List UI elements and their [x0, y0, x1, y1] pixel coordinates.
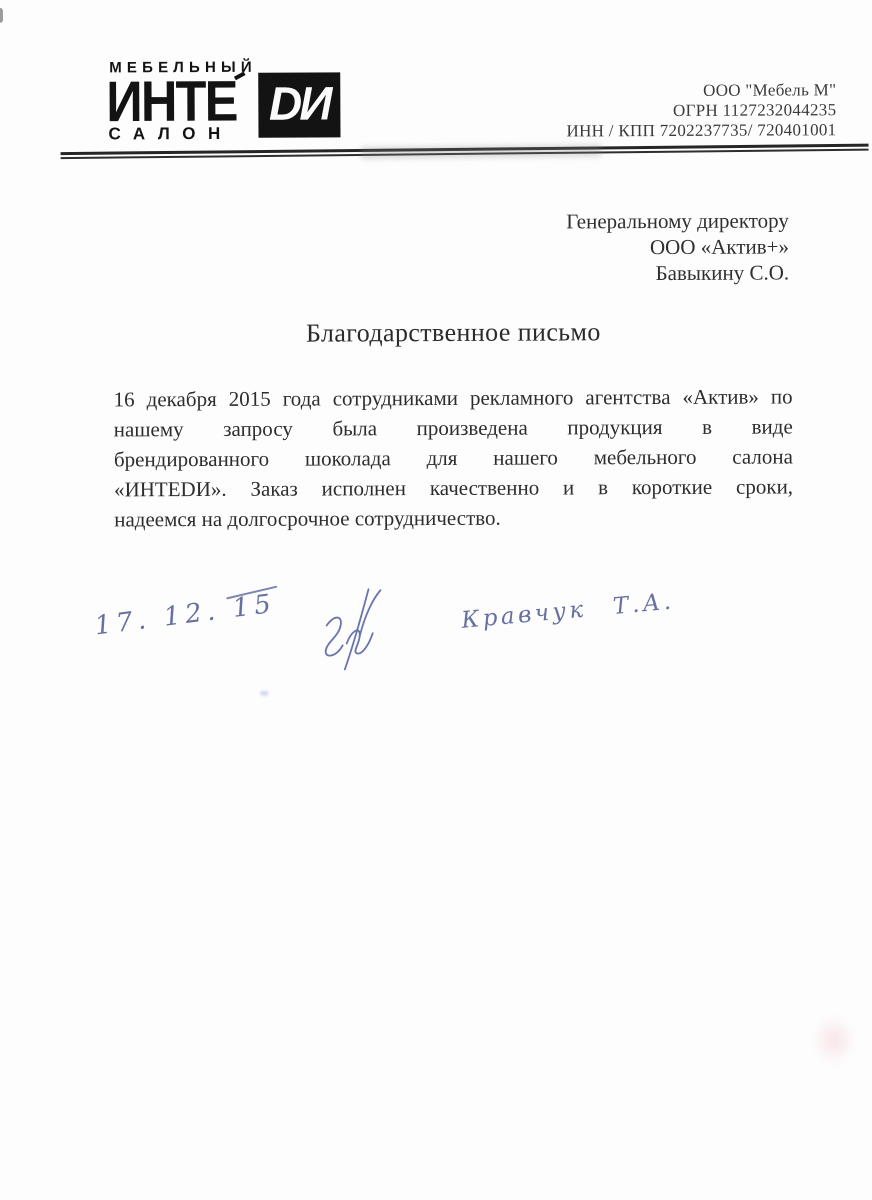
signature [318, 585, 388, 673]
company-ogrn: ОГРН 1127232044235 [566, 100, 836, 121]
logo-word-inte: ИНТЕ [106, 78, 241, 125]
pink-smudge-artifact [812, 1014, 856, 1066]
company-inn-kpp: ИНН / КПП 7202237735/ 720401001 [566, 120, 836, 141]
edge-speck-artifact [0, 8, 3, 23]
logo-di-letters: DИ [269, 79, 330, 130]
handwritten-name: Кравчук Т.А. [460, 588, 675, 633]
letter-title: Благодарственное письмо [113, 316, 793, 349]
addressee-block: Генеральному директору ООО «Актив+» Бавы… [566, 207, 789, 286]
document-page: МЕБЕЛЬНЫЙ ИНТЕ САЛОН DИ ООО "Мебель М" О… [0, 0, 872, 1200]
intedi-logo: МЕБЕЛЬНЫЙ ИНТЕ САЛОН DИ [106, 60, 340, 142]
company-name: ООО "Мебель М" [566, 80, 836, 101]
addressee-company: ООО «Актив+» [566, 233, 789, 260]
addressee-person: Бавыкину С.О. [566, 259, 789, 286]
body-line: брендированного шоколада для нашего мебе… [114, 441, 793, 474]
company-info-block: ООО "Мебель М" ОГРН 1127232044235 ИНН / … [566, 80, 836, 141]
separator-line [61, 144, 869, 159]
logo-text-column: МЕБЕЛЬНЫЙ ИНТЕ САЛОН [106, 61, 252, 143]
addressee-position: Генеральному директору [566, 207, 789, 234]
handwritten-date: 17. 12. 15 [93, 589, 278, 642]
letter-body: 16 декабря 2015 года сотрудниками реклам… [114, 381, 794, 534]
body-line: «ИНТЕDИ». Заказ исполнен качественно и в… [114, 471, 793, 504]
body-line: нашему запросу была произведена продукци… [114, 411, 793, 444]
scanned-letter: МЕБЕЛЬНЫЙ ИНТЕ САЛОН DИ ООО "Мебель М" О… [0, 0, 872, 1200]
body-line: надеемся на долгосрочное сотрудничество. [114, 501, 793, 534]
ink-dot-artifact [260, 691, 269, 696]
body-line: 16 декабря 2015 года сотрудниками реклам… [114, 381, 793, 414]
logo-di-box: DИ [258, 72, 340, 137]
